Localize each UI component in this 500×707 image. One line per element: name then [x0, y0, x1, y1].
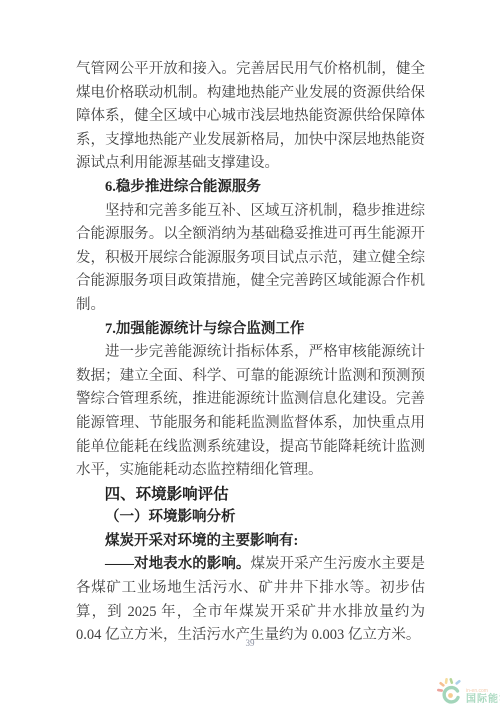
- surface-water-impact-lead: ——对地表水的影响。: [105, 556, 250, 572]
- document-page: 气管网公平开放和接入。完善居民用气价格机制，健全煤电价格联动机制。构建地热能产业…: [0, 0, 500, 707]
- paragraph-integrated-energy-services: 坚持和完善多能互补、区域互济机制，稳步推进综合能源服务。以全额消纳为基础稳妥推进…: [76, 200, 425, 318]
- watermark-text: in-en.com 国际能源网: [466, 688, 500, 706]
- document-content: 气管网公平开放和接入。完善居民用气价格机制，健全煤电价格联动机制。构建地热能产业…: [76, 58, 425, 648]
- section-heading-environmental-impact-assessment: 四、环境影响评估: [76, 483, 425, 507]
- watermark-site-name: 国际能源网: [466, 694, 500, 705]
- paragraph-energy-statistics-monitoring: 进一步完善能源统计指标体系，严格审核能源统计数据；建立全面、科学、可靠的能源统计…: [76, 341, 425, 483]
- heading-7-energy-statistics-monitoring: 7.加强能源统计与综合监测工作: [76, 318, 425, 342]
- paragraph-gas-network-continuation: 气管网公平开放和接入。完善居民用气价格机制，健全煤电价格联动机制。构建地热能产业…: [76, 58, 425, 176]
- energy-sun-logo-icon: [436, 676, 464, 706]
- watermark: in-en.com 国际能源网: [436, 676, 500, 706]
- paragraph-surface-water-impact: ——对地表水的影响。煤炭开采产生污废水主要是各煤矿工业场地生活污水、矿井井下排水…: [76, 553, 425, 647]
- paragraph-coal-mining-impact-intro: 煤炭开采对环境的主要影响有:: [76, 530, 425, 554]
- page-number: 39: [0, 638, 500, 648]
- subsection-heading-environmental-impact-analysis: （一）环境影响分析: [76, 506, 425, 530]
- heading-6-integrated-energy-services: 6.稳步推进综合能源服务: [76, 176, 425, 200]
